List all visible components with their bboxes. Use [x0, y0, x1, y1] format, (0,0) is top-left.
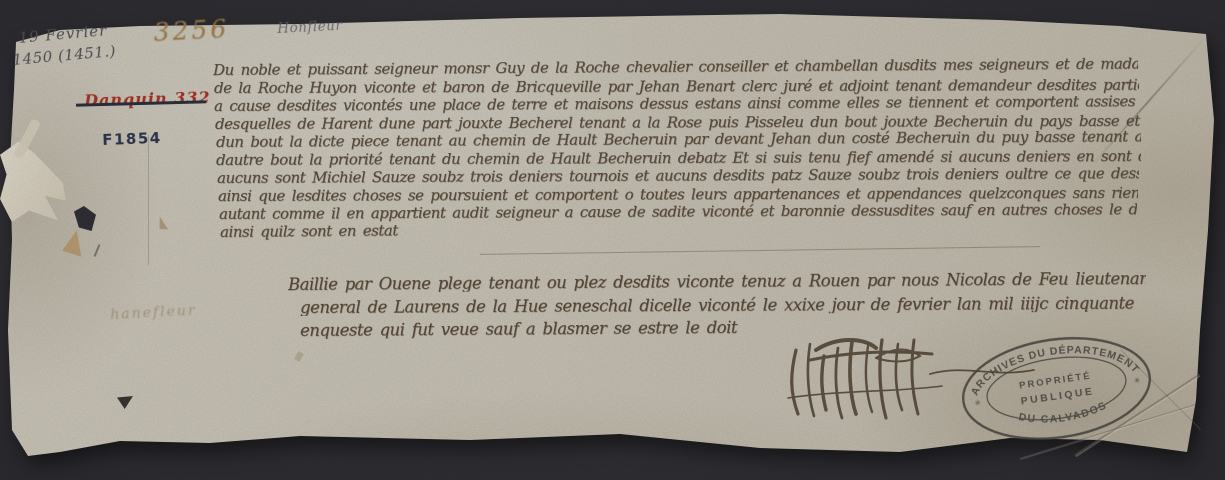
annotation-place-pencil: Honfleur	[277, 19, 343, 36]
crease-left-vertical	[148, 135, 149, 265]
stamp-ornament-right-icon: ✳	[1133, 376, 1141, 386]
document-scan: 19 Fevrier 1450 (1451.) 3256 Honfleur Da…	[0, 0, 1225, 480]
annotation-old-number: 3256	[153, 16, 230, 46]
stamp-ornament-left-icon: ✳	[974, 398, 982, 408]
annotation-shelfmark: F1854	[102, 130, 162, 148]
annotation-crossed-reference: Danquin 332	[84, 89, 211, 109]
manuscript-line: ainsi quilz sont en estat	[220, 221, 520, 241]
